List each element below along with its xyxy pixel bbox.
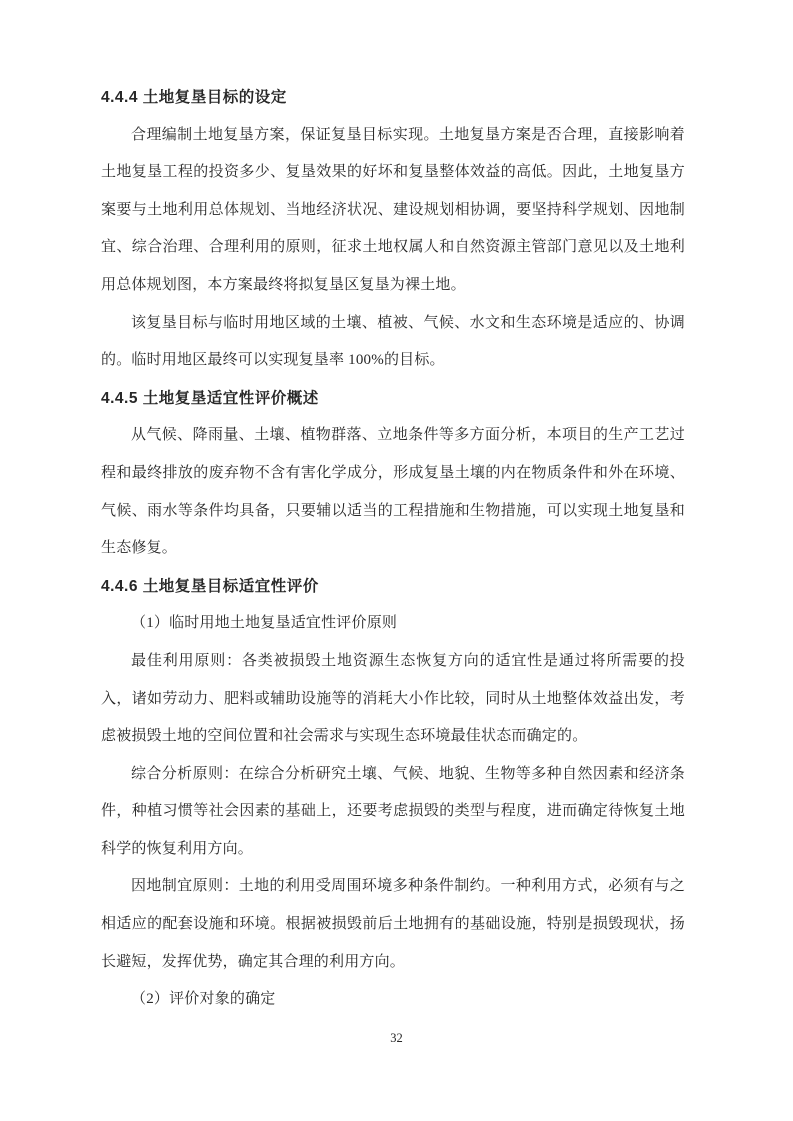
paragraph-comprehensive-analysis-principle: 综合分析原则：在综合分析研究土壤、气候、地貌、生物等多种自然因素和经济条件，种植… bbox=[101, 756, 685, 869]
page-number: 32 bbox=[0, 1028, 793, 1048]
document-content: 4.4.4 土地复垦目标的设定 合理编制土地复垦方案，保证复垦目标实现。土地复垦… bbox=[101, 79, 685, 1019]
section-heading-4-4-4: 4.4.4 土地复垦目标的设定 bbox=[101, 79, 685, 117]
paragraph-local-conditions-principle: 因地制宜原则：土地的利用受周围环境多种条件制约。一种利用方式，必须有与之相适应的… bbox=[101, 868, 685, 981]
list-item-evaluation-object: （2）评价对象的确定 bbox=[101, 981, 685, 1019]
paragraph-suitability-overview: 从气候、降雨量、土壤、植物群落、立地条件等多方面分析，本项目的生产工艺过程和最终… bbox=[101, 417, 685, 567]
section-heading-4-4-5: 4.4.5 土地复垦适宜性评价概述 bbox=[101, 380, 685, 418]
document-page: 4.4.4 土地复垦目标的设定 合理编制土地复垦方案，保证复垦目标实现。土地复垦… bbox=[0, 0, 793, 1121]
paragraph-reclamation-goal-rate: 该复垦目标与临时用地区域的土壤、植被、气候、水文和生态环境是适应的、协调的。临时… bbox=[101, 305, 685, 380]
paragraph-reclamation-goal-plan: 合理编制土地复垦方案，保证复垦目标实现。土地复垦方案是否合理，直接影响着土地复垦… bbox=[101, 117, 685, 305]
paragraph-best-use-principle: 最佳利用原则：各类被损毁土地资源生态恢复方向的适宜性是通过将所需要的投入，诸如劳… bbox=[101, 643, 685, 756]
section-heading-4-4-6: 4.4.6 土地复垦目标适宜性评价 bbox=[101, 568, 685, 606]
list-item-evaluation-principles: （1）临时用地土地复垦适宜性评价原则 bbox=[101, 605, 685, 643]
